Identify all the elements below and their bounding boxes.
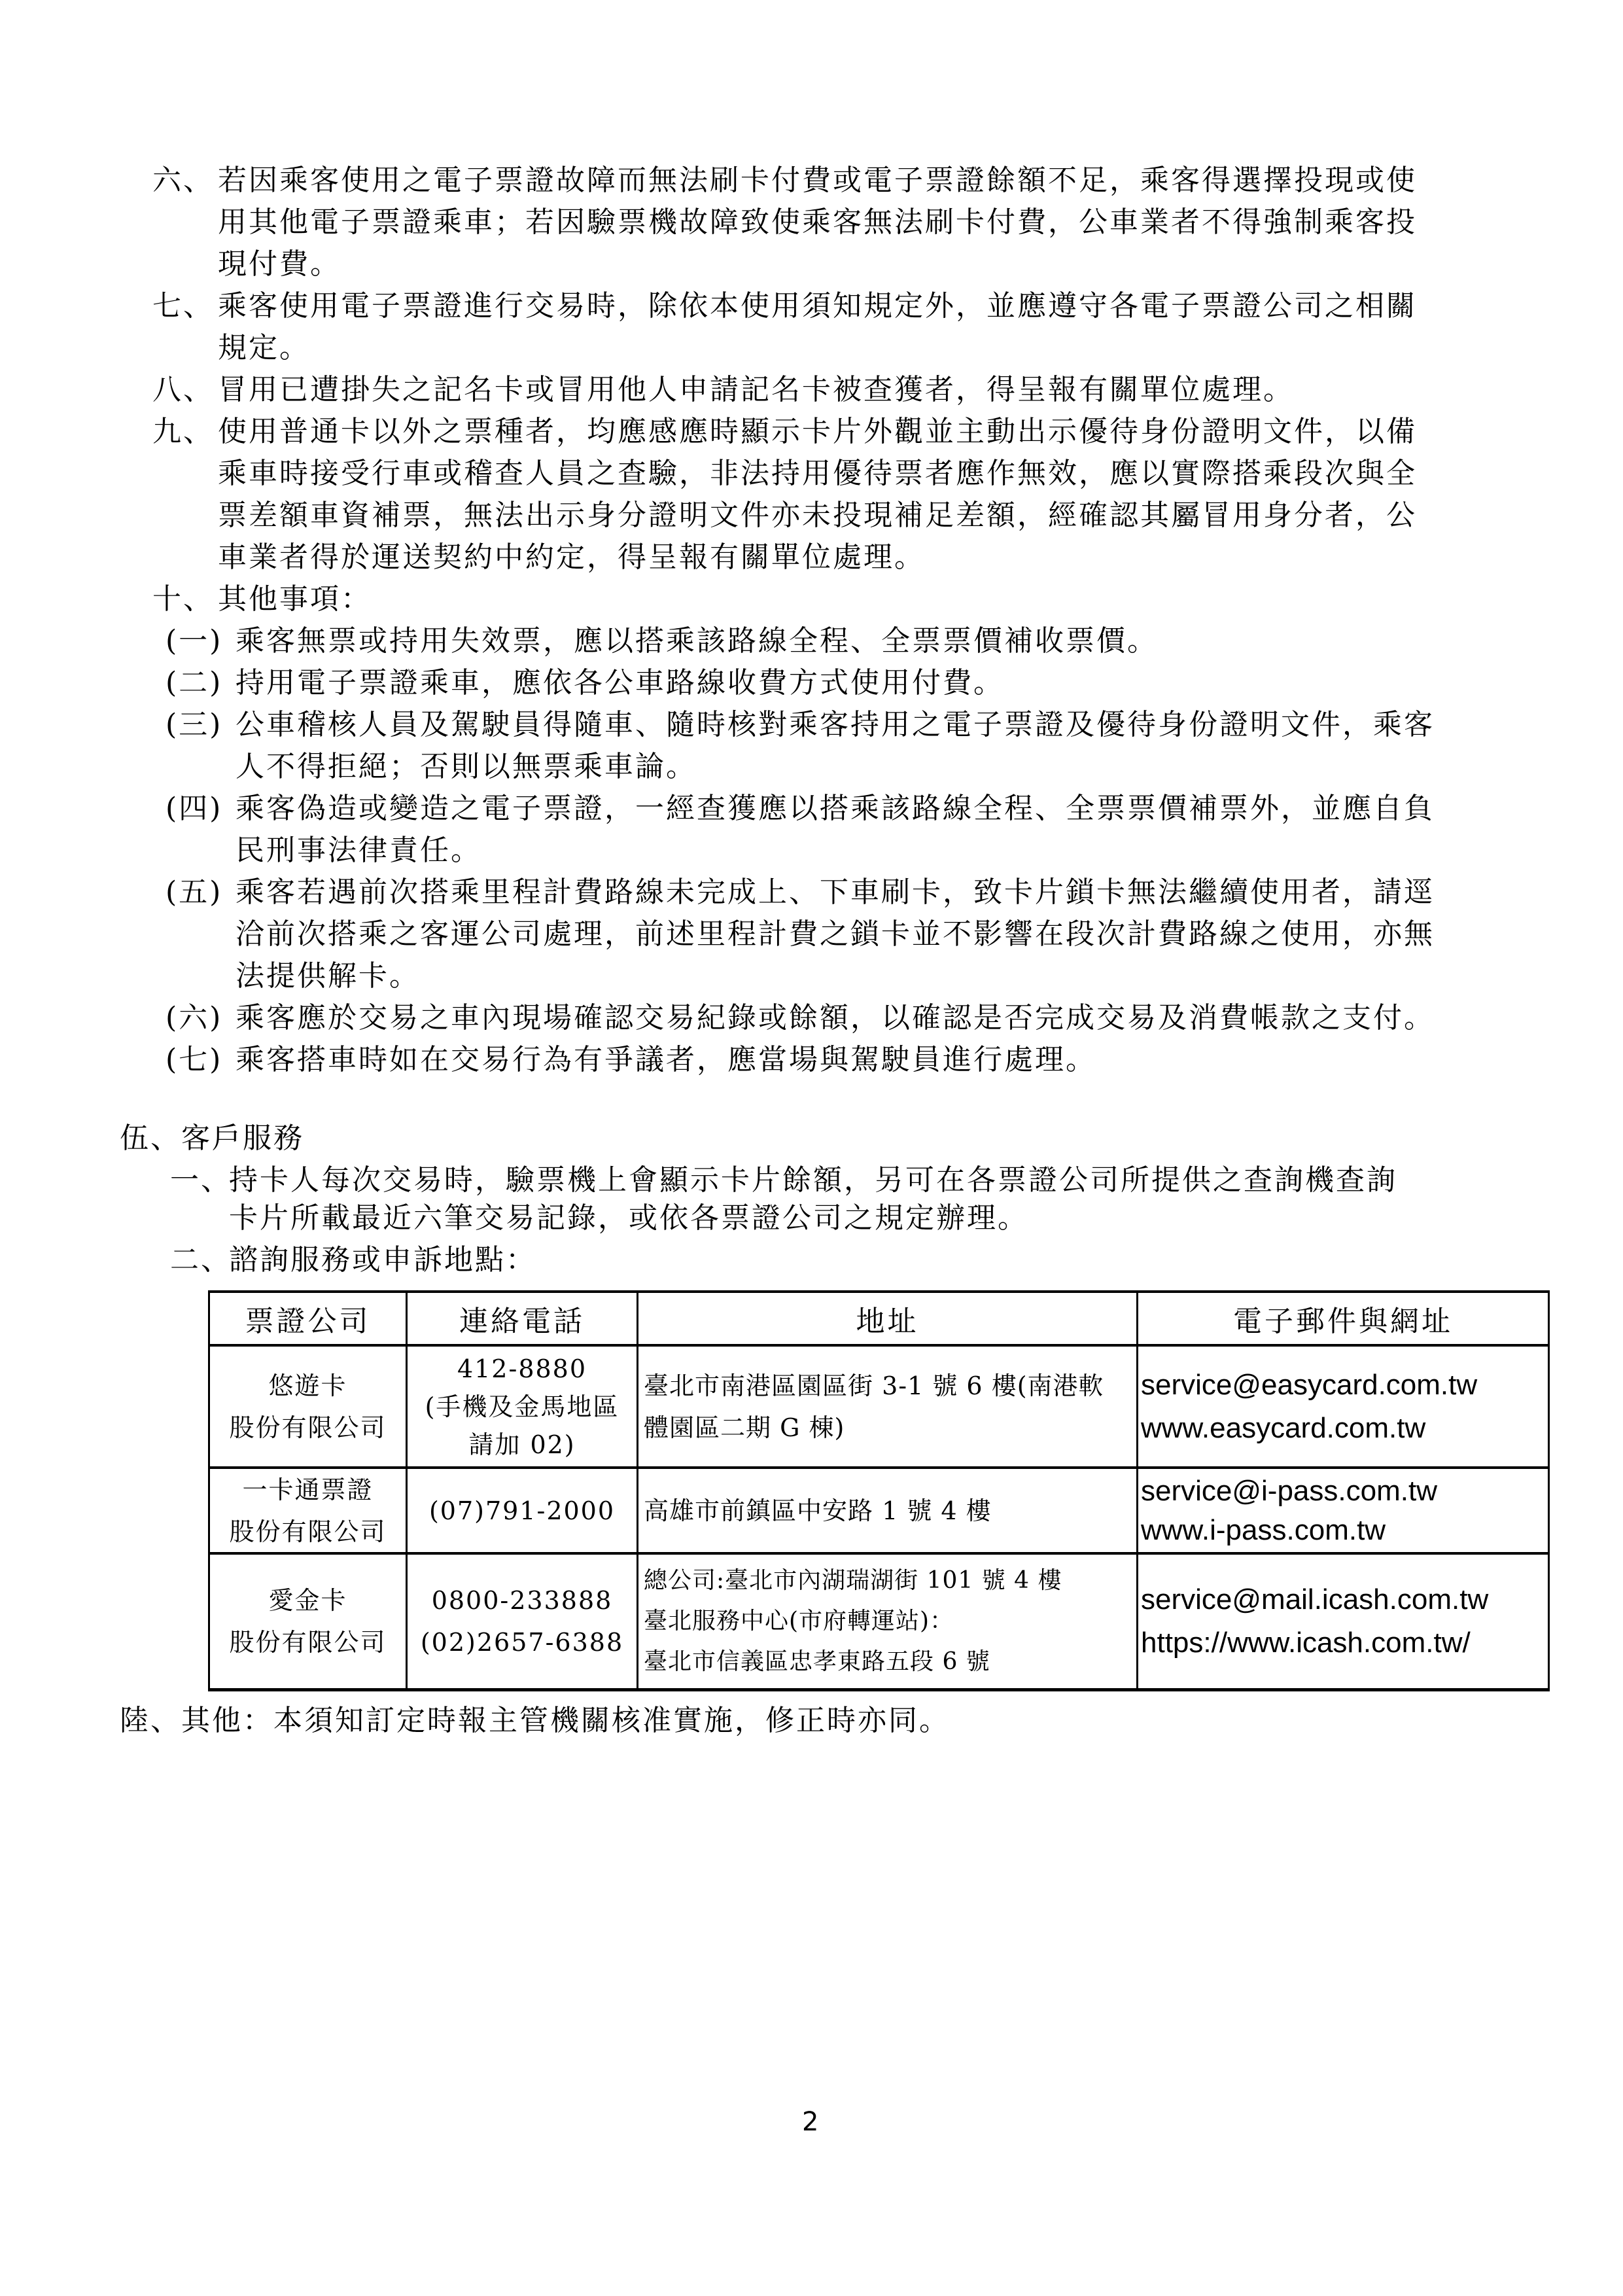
item-six-line-3: 現付費。 <box>218 243 341 285</box>
header-company-label: 票證公司 <box>245 1298 371 1339</box>
address-line: 臺北市信義區忠孝東路五段 6 號 <box>644 1642 990 1682</box>
table-border-bottom <box>208 1688 1550 1691</box>
company-name: 悠遊卡 <box>268 1365 347 1407</box>
item-seven-line-1: 乘客使用電子票證進行交易時，除依本使用須知規定外，並應遵守各電子票證公司之相關 <box>218 285 1417 327</box>
subitem-4-line-1: 乘客偽造或變造之電子票證，一經查獲應以搭乘該路線全程、全票票價補票外，並應自負 <box>236 788 1435 830</box>
phone-number: 0800-233888 <box>432 1580 613 1621</box>
table-row-1-phone: 412-8880 (手機及金馬地區 請加 02) <box>408 1347 637 1466</box>
subitem-4-line-2: 民刑事法律責任。 <box>236 830 481 872</box>
website-link[interactable]: www.i-pass.com.tw <box>1141 1511 1386 1550</box>
item-nine-line-1: 使用普通卡以外之票種者，均應感應時顯示卡片外觀並主動出示優待身份證明文件，以備 <box>218 411 1417 453</box>
subitem-3-line-2: 人不得拒絕；否則以無票乘車論。 <box>236 746 697 788</box>
section-five-title: 伍、客戶服務 <box>120 1118 304 1159</box>
section-five-item1-label: 一、 <box>170 1159 232 1201</box>
email-link[interactable]: service@mail.icash.com.tw <box>1141 1578 1488 1621</box>
subitem-3-line-1: 公車稽核人員及駕駛員得隨車、隨時核對乘客持用之電子票證及優待身份證明文件，乘客 <box>236 704 1435 746</box>
item-nine-line-2: 乘車時接受行車或稽查人員之查驗，非法持用優待票者應作無效，應以實際搭乘段次與全 <box>218 453 1417 495</box>
subitem-2-line-1: 持用電子票證乘車，應依各公車路線收費方式使用付費。 <box>236 662 1004 704</box>
subitem-3-label: (三) <box>166 704 222 746</box>
phone-number: (07)791-2000 <box>429 1490 615 1532</box>
table-row-1-company: 悠遊卡 股份有限公司 <box>210 1347 406 1466</box>
item-six-line-1: 若因乘客使用之電子票證故障而無法刷卡付費或電子票證餘額不足，乘客得選擇投現或使 <box>218 160 1417 202</box>
company-name: 一卡通票證 <box>242 1469 373 1511</box>
subitem-7-line-1: 乘客搭車時如在交易行為有爭議者，應當場與駕駛員進行處理。 <box>236 1039 1096 1081</box>
item-eight-line-1: 冒用已遭掛失之記名卡或冒用他人申請記名卡被查獲者，得呈報有關單位處理。 <box>218 369 1294 411</box>
item-nine-label: 九、 <box>152 411 214 453</box>
email-link[interactable]: service@i-pass.com.tw <box>1141 1472 1437 1511</box>
table-row-2-phone: (07)791-2000 <box>408 1469 637 1552</box>
phone-number: 412-8880 <box>457 1350 587 1388</box>
subitem-2-label: (二) <box>166 662 222 704</box>
table-header-address: 地址 <box>638 1293 1136 1344</box>
item-seven-label: 七、 <box>152 285 214 327</box>
section-five-item2-label: 二、 <box>170 1239 232 1281</box>
company-suffix: 股份有限公司 <box>229 1407 386 1449</box>
address-line: 總公司:臺北市內湖瑞湖街 101 號 4 樓 <box>644 1561 1062 1601</box>
table-row-1-contact: service@easycard.com.tw www.easycard.com… <box>1138 1347 1548 1466</box>
section-five-item1-line-1: 持卡人每次交易時，驗票機上會顯示卡片餘額，另可在各票證公司所提供之查詢機查詢 <box>229 1159 1397 1201</box>
subitem-6-line-1: 乘客應於交易之車內現場確認交易紀錄或餘額，以確認是否完成交易及消費帳款之支付。 <box>236 997 1435 1039</box>
header-phone-label: 連絡電話 <box>459 1298 585 1339</box>
subitem-7-label: (七) <box>166 1039 222 1081</box>
table-row-3-company: 愛金卡 股份有限公司 <box>210 1555 406 1688</box>
table-header-company: 票證公司 <box>210 1293 406 1344</box>
header-address-label: 地址 <box>856 1298 919 1339</box>
subitem-5-line-1: 乘客若遇前次搭乘里程計費路線未完成上、下車刷卡，致卡片鎖卡無法繼續使用者，請逕 <box>236 872 1435 913</box>
item-six-line-2: 用其他電子票證乘車；若因驗票機故障致使乘客無法刷卡付費，公車業者不得強制乘客投 <box>218 202 1417 243</box>
email-link[interactable]: service@easycard.com.tw <box>1141 1364 1477 1407</box>
website-link[interactable]: www.easycard.com.tw <box>1141 1407 1425 1450</box>
address-line: 體園區二期 G 棟) <box>644 1407 845 1449</box>
item-nine-line-4: 車業者得於運送契約中約定，得呈報有關單位處理。 <box>218 537 925 578</box>
phone-note-2: 請加 02) <box>468 1426 575 1464</box>
table-row-3-address: 總公司:臺北市內湖瑞湖街 101 號 4 樓 臺北服務中心(市府轉運站)： 臺北… <box>638 1555 1136 1688</box>
address-line: 高雄市前鎮區中安路 1 號 4 樓 <box>644 1490 992 1532</box>
item-nine-line-3: 票差額車資補票，無法出示身分證明文件亦未投現補足差額，經確認其屬冒用身分者，公 <box>218 495 1417 537</box>
table-row-1-address: 臺北市南港區園區街 3-1 號 6 樓(南港軟 體園區二期 G 棟) <box>638 1347 1136 1466</box>
subitem-4-label: (四) <box>166 788 222 830</box>
table-row-2-address: 高雄市前鎮區中安路 1 號 4 樓 <box>638 1469 1136 1552</box>
company-suffix: 股份有限公司 <box>229 1621 386 1663</box>
address-line: 臺北市南港區園區街 3-1 號 6 樓(南港軟 <box>644 1365 1104 1407</box>
section-five-item1-line-2: 卡片所載最近六筆交易記錄，或依各票證公司之規定辦理。 <box>229 1197 1028 1239</box>
table-row-2-contact: service@i-pass.com.tw www.i-pass.com.tw <box>1138 1469 1548 1552</box>
item-ten-line-1: 其他事項： <box>218 578 372 620</box>
address-line: 臺北服務中心(市府轉運站)： <box>644 1601 954 1642</box>
item-eight-label: 八、 <box>152 369 214 411</box>
subitem-6-label: (六) <box>166 997 222 1039</box>
table-border-right <box>1548 1290 1550 1691</box>
table-header-contact: 電子郵件與網址 <box>1138 1293 1548 1344</box>
item-six-label: 六、 <box>152 160 214 202</box>
phone-number-2: (02)2657-6388 <box>421 1621 623 1663</box>
table-row-3-phone: 0800-233888 (02)2657-6388 <box>408 1555 637 1688</box>
subitem-5-line-3: 法提供解卡。 <box>236 955 420 997</box>
website-link[interactable]: https://www.icash.com.tw/ <box>1141 1621 1471 1665</box>
page-number: 2 <box>802 2107 818 2137</box>
subitem-1-label: (一) <box>166 620 222 662</box>
header-contact-label: 電子郵件與網址 <box>1233 1298 1453 1339</box>
item-ten-label: 十、 <box>152 578 214 620</box>
table-row-3-contact: service@mail.icash.com.tw https://www.ic… <box>1138 1555 1548 1688</box>
item-seven-line-2: 規定。 <box>218 327 310 369</box>
table-header-phone: 連絡電話 <box>408 1293 637 1344</box>
section-five-item2-text: 諮詢服務或申訴地點： <box>229 1239 536 1281</box>
phone-note: (手機及金馬地區 <box>425 1388 620 1426</box>
subitem-5-label: (五) <box>166 872 222 913</box>
subitem-1-line-1: 乘客無票或持用失效票，應以搭乘該路線全程、全票票價補收票價。 <box>236 620 1158 662</box>
subitem-5-line-2: 洽前次搭乘之客運公司處理，前述里程計費之鎖卡並不影響在段次計費路線之使用，亦無 <box>236 913 1435 955</box>
table-row-2-company: 一卡通票證 股份有限公司 <box>210 1469 406 1552</box>
company-suffix: 股份有限公司 <box>229 1511 386 1553</box>
company-name: 愛金卡 <box>268 1580 347 1621</box>
section-six-text: 陸、其他：本須知訂定時報主管機關核准實施，修正時亦同。 <box>120 1700 950 1742</box>
